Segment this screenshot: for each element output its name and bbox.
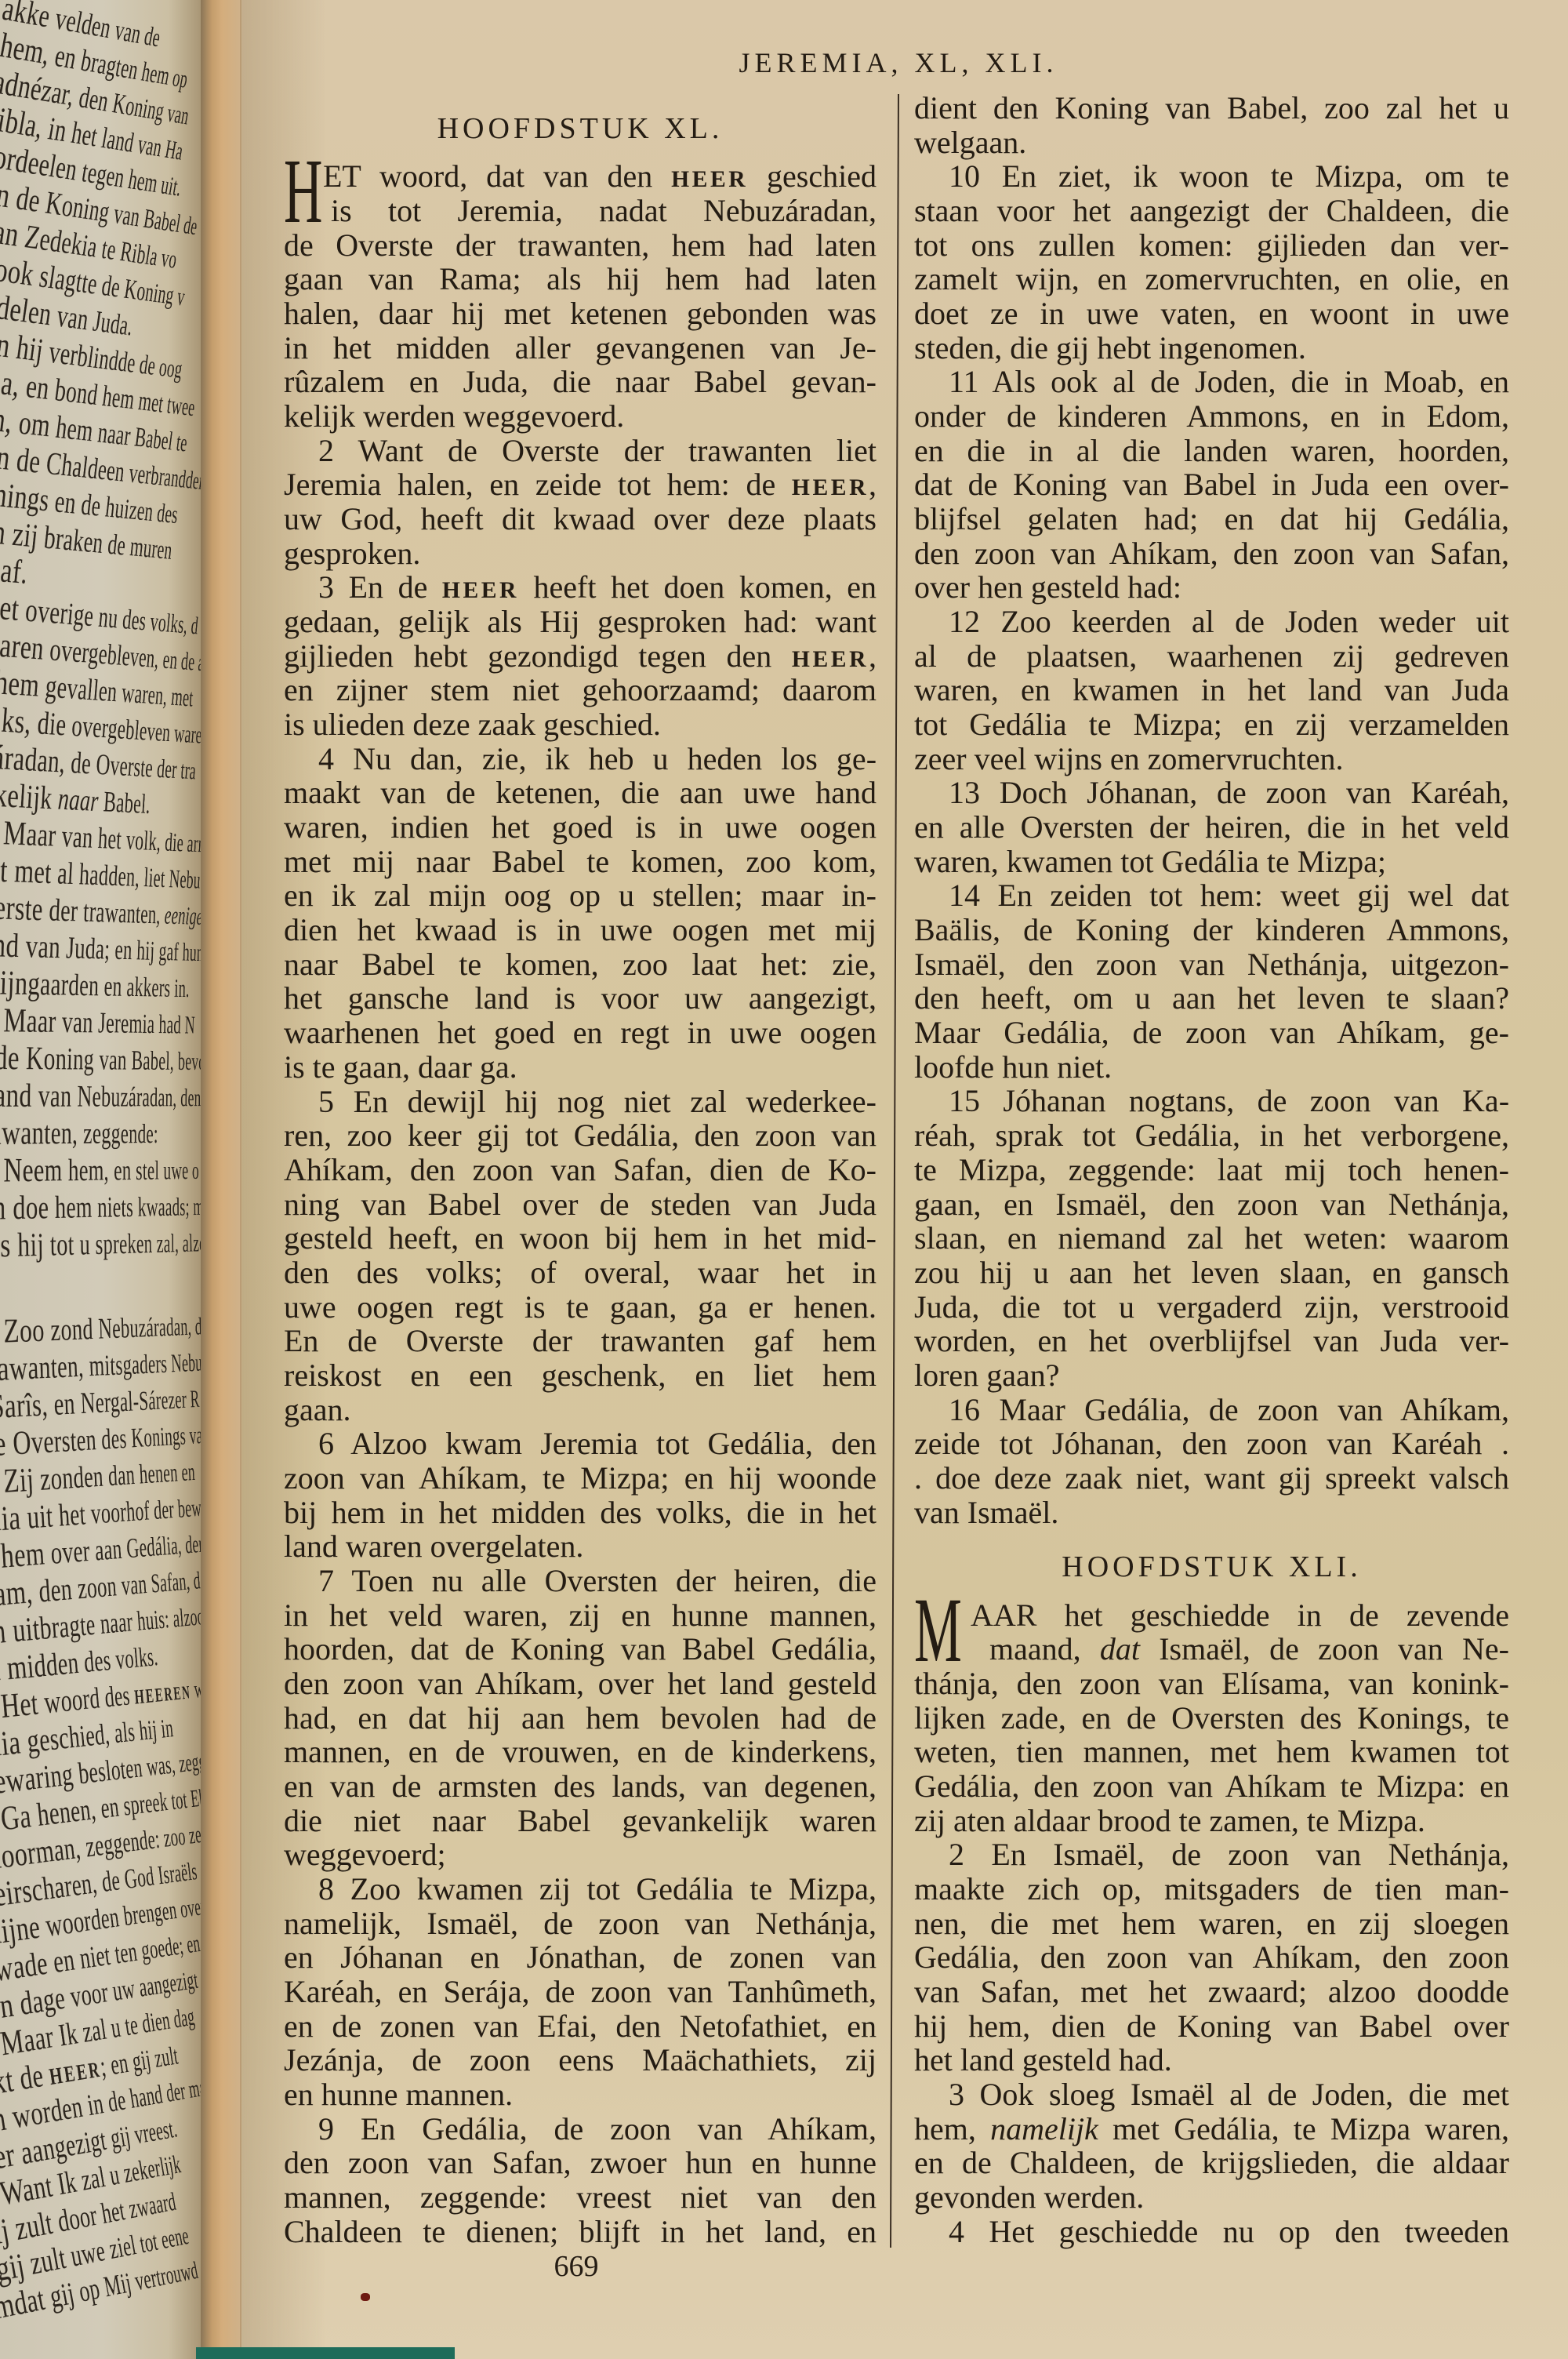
verse-start-line: 3 En de HEER heeft het doen komen, en	[284, 570, 877, 605]
line-text: En dewijl hij nog niet zal wederkee-	[354, 1084, 877, 1119]
text-line: den zoon van Safan, zwoer hun en hunne	[284, 2146, 877, 2180]
line-text: den zoon van Ahíkam, den zoon van Safan,	[914, 536, 1509, 571]
text-line: hoorden, dat de Koning van Babel Gedália…	[284, 1632, 877, 1667]
line-text: en ik zal mijn oog op u stellen; maar in…	[284, 878, 877, 913]
text-line: blijfsel gelaten had; en dat hij Gedália…	[914, 502, 1509, 536]
line-text: kelijk werden weggevoerd.	[284, 398, 624, 434]
line-text: wijngaarden en akkers in.	[0, 961, 190, 1002]
text-line: die niet naar Babel gevankelijk waren	[284, 1804, 877, 1838]
line-text: and van Juda; en hij gaf hun	[0, 924, 204, 966]
text-line: Gedália, den zoon van Ahíkam, den zoon	[914, 1940, 1509, 1975]
facing-text-line: Maar van Jeremia had N	[0, 1001, 195, 1038]
verse-number: 6	[318, 1426, 334, 1461]
line-text: nkelijk	[0, 773, 60, 816]
line-text: Alzoo kwam Jeremia tot Gedália, den	[350, 1426, 877, 1461]
verse-start-line: 3 Ook sloeg Ismaël al de Joden, die met	[914, 2077, 1509, 2112]
text-line: gijlieden hebt gezondigd tegen den HEER,	[284, 639, 877, 674]
line-text: doet ze in uwe vaten, en woont in uwe	[914, 296, 1509, 331]
divine-name-smallcaps: HEER	[671, 167, 748, 192]
line-text: en hunne mannen.	[284, 2077, 513, 2112]
line-text: hoorden, dat de Koning van Babel Gedália…	[284, 1631, 877, 1667]
text-line: van Safan, met het zwaard; alzoo doodde	[914, 1975, 1509, 2009]
line-text: namelijk, Ismaël, de zoon van Nethánja,	[284, 1906, 877, 1941]
italic-text: naar	[57, 780, 100, 817]
line-text: En de	[349, 569, 442, 605]
line-text: worden, en het overblijfsel van Juda ver…	[914, 1323, 1509, 1358]
verse-number: 14	[949, 878, 980, 913]
verse-start-line: 8 Zoo kwamen zij tot Gedália te Mizpa,	[284, 1872, 877, 1906]
line-text: maakt van de ketenen, die aan uwe hand	[284, 775, 877, 810]
line-text: en zijner stem niet gehoorzaamd; daarom	[284, 672, 877, 707]
line-text: blijfsel gelaten had; en dat hij Gedália…	[914, 501, 1509, 536]
line-text: thánja, den zoon van Elísama, van konink…	[914, 1666, 1509, 1701]
line-text: Doch Jóhanan, de zoon van Karéah,	[1000, 775, 1509, 810]
line-text: in het midden aller gevangenen van Je-	[284, 330, 877, 365]
line-text: ren, zoo keer gij tot Gedália, den zoon …	[284, 1118, 877, 1153]
text-line: en alle Oversten der heiren, die in het …	[914, 810, 1509, 845]
line-text: verste der trawanten,	[0, 886, 165, 929]
text-line: steden, die gij hebt ingenomen.	[914, 331, 1509, 365]
book-gutter-page-edges	[201, 0, 241, 2359]
text-line: zij aten aldaar brood te zamen, te Mizpa…	[914, 1804, 1509, 1838]
verse-number: 4	[318, 741, 334, 776]
line-text: Maar Gedália, de zoon van Ahíkam, ge-	[914, 1015, 1509, 1050]
verse-number: 10	[949, 158, 980, 194]
facing-text-line: , de Koning van Babel, bevo	[0, 1038, 205, 1076]
line-text: Zoo keerden al de Joden weder uit	[1000, 604, 1509, 639]
line-text: heeft het doen komen, en	[519, 569, 877, 605]
ink-stain	[361, 2293, 370, 2301]
line-text: trawanten, mitsgaders Nebu	[0, 1348, 202, 1389]
line-text: en die in al die landen waren, hoorden,	[914, 433, 1509, 468]
line-text: van Ismaël.	[914, 1495, 1058, 1530]
line-text: halen, daar hij met ketenen gebonden was	[284, 296, 877, 331]
divine-name-smallcaps: HEEREN	[133, 1682, 191, 1709]
text-line: de Overste der trawanten, hem had laten	[284, 228, 877, 263]
verse-start-line: 16 Maar Gedália, de zoon van Ahíkam,	[914, 1393, 1509, 1427]
text-line: HET woord, dat van den HEER geschied	[284, 159, 877, 194]
line-text: Toen nu alle Oversten der heiren, die	[351, 1563, 877, 1598]
line-text: en doe hem niets kwaads; m	[0, 1187, 204, 1227]
line-text: uwe oogen regt is te gaan, ga er henen.	[284, 1289, 877, 1325]
text-line: lijken zade, en de Oversten des Konings,…	[914, 1701, 1509, 1736]
line-text: steden, die gij hebt ingenomen.	[914, 330, 1306, 365]
text-line: en Jóhanan en Jónathan, de zonen van	[284, 1940, 877, 1975]
line-text: Want de Overste der trawanten liet	[358, 433, 877, 468]
text-line: en de Chaldeen, de krijgslieden, die ald…	[914, 2146, 1509, 2180]
text-line: hem, namelijk met Gedália, te Mizpa ware…	[914, 2112, 1509, 2146]
text-column-left: HOOFDSTUK XL.HET woord, dat van den HEER…	[284, 91, 877, 2248]
text-line: van Ismaël.	[914, 1496, 1509, 1530]
line-text: gaan.	[284, 1392, 351, 1427]
line-text: gesteld heeft, en woon bij hem in het mi…	[284, 1220, 877, 1256]
line-text: ning van Babel over de steden van Juda	[284, 1187, 877, 1222]
text-column-right: dient den Koning van Babel, zoo zal het …	[914, 91, 1509, 2248]
line-text: mannen, en de vrouwen, en de kinderkens,	[284, 1734, 877, 1769]
text-line: En de Overste der trawanten gaf hem	[284, 1324, 877, 1358]
text-line: met mij naar Babel te komen, zoo kom,	[284, 845, 877, 879]
text-line: den heeft, om u aan het leven te slaan?	[914, 981, 1509, 1016]
text-line: en van de armsten des lands, van degenen…	[284, 1769, 877, 1804]
line-text: En Ismaël, de zoon van Nethánja,	[991, 1837, 1509, 1872]
text-line: zeer veel wijns en zomervruchten.	[914, 742, 1509, 776]
chapter-heading: HOOFDSTUK XLI.	[914, 1529, 1509, 1598]
text-line: en die in al die landen waren, hoorden,	[914, 434, 1509, 468]
facing-text-line: and van Juda; en hij gaf hun	[0, 925, 204, 965]
text-line: is tot Jeremia, nadat Nebuzáradan,	[284, 194, 877, 228]
line-text: en de zonen van Efai, den Netofathiet, e…	[284, 2008, 877, 2044]
verse-start-line: 4 Nu dan, zie, ik heb u heden los ge-	[284, 742, 877, 776]
verse-start-line: 4 Het geschiedde nu op den tweeden	[914, 2215, 1509, 2249]
text-line: hij hem, dien de Koning van Babel over	[914, 2009, 1509, 2044]
line-text: gesproken.	[284, 536, 420, 571]
line-text: hem,	[914, 2111, 990, 2146]
verse-number: 13	[949, 775, 980, 810]
text-line: namelijk, Ismaël, de zoon van Nethánja,	[284, 1906, 877, 1941]
line-text: lijken zade, en de Oversten des Konings,…	[914, 1700, 1509, 1736]
line-text: Neem hem, en stel uwe o	[3, 1150, 198, 1189]
text-line: MAAR het geschiedde in de zevende	[914, 1598, 1509, 1633]
line-text: ET woord, dat van den	[323, 158, 671, 194]
line-text: ; en gij zult	[98, 2041, 180, 2082]
text-line: gevonden werden.	[914, 2180, 1509, 2215]
text-line: het land gesteld had.	[914, 2043, 1509, 2077]
text-line: maand, dat Ismaël, de zoon van Ne-	[914, 1632, 1509, 1667]
text-line: land waren overgelaten.	[284, 1529, 877, 1564]
text-line: welgaan.	[914, 125, 1509, 160]
text-line: Gedália, den zoon van Ahíkam te Mizpa: e…	[914, 1769, 1509, 1804]
line-text: staan voor het aangezigt der Chaldeen, d…	[914, 193, 1509, 228]
text-line: in het midden aller gevangenen van Je-	[284, 331, 877, 365]
book-cover-edge	[196, 2347, 455, 2359]
verse-number: 16	[949, 1392, 980, 1427]
text-line: zoon van Ahíkam, te Mizpa; en hij woonde	[284, 1461, 877, 1496]
line-text: Nu dan, zie, ik heb u heden los ge-	[353, 741, 877, 776]
verse-start-line: 5 En dewijl hij nog niet zal wederkee-	[284, 1085, 877, 1119]
text-line: Ismaël, den zoon van Nethánja, uitgezon-	[914, 947, 1509, 982]
text-line: tot ons zullen komen: gijlieden dan ver-	[914, 228, 1509, 263]
running-head: JEREMIA, XL, XLI.	[690, 45, 1107, 80]
text-line: en ik zal mijn oog op u stellen; maar in…	[284, 878, 877, 913]
text-line: Juda, die tot u vergaderd zijn, verstroo…	[914, 1290, 1509, 1325]
verse-start-line: 10 En ziet, ik woon te Mizpa, om te	[914, 159, 1509, 194]
verse-number: 12	[949, 604, 980, 639]
line-text: gijlieden hebt gezondigd tegen den	[284, 638, 792, 674]
verse-number: 7	[318, 1563, 334, 1598]
text-line: réah, sprak tot Gedália, in het verborge…	[914, 1118, 1509, 1153]
facing-text-line: trawanten, mitsgaders Nebu	[0, 1350, 202, 1388]
line-text: den zoon van Safan, zwoer hun en hunne	[284, 2145, 877, 2180]
line-text: met Gedália, te Mizpa waren,	[1098, 2111, 1509, 2146]
text-line: het gansche land is voor uw aangezigt,	[284, 981, 877, 1016]
line-text: Als ook al de Joden, die in Moab, en	[992, 364, 1509, 399]
text-line: en de zonen van Efai, den Netofathiet, e…	[284, 2009, 877, 2044]
facing-text-line: verste der trawanten, eenigen	[0, 888, 205, 929]
text-line: den des volks; of overal, waar het in	[284, 1256, 877, 1290]
line-text: tot Gedália te Mizpa; en zij verzamelden	[914, 707, 1509, 742]
text-line: zeide tot Jóhanan, den zoon van Karéah .	[914, 1427, 1509, 1461]
line-text: de Overste der trawanten, hem had laten	[284, 227, 877, 263]
text-line: Jeremia halen, en zeide tot hem: de HEER…	[284, 467, 877, 502]
line-text: al de plaatsen, waarhenen zij gedreven	[914, 638, 1509, 674]
facing-text-line: iet met al hadden, liet Nebu	[0, 850, 201, 893]
line-text: den zoon van Ahíkam, over het land geste…	[284, 1666, 877, 1701]
line-text: met mij naar Babel te komen, zoo kom,	[284, 844, 877, 879]
text-line: gesproken.	[284, 536, 877, 571]
line-text: Ismaël, de zoon van Ne-	[1140, 1631, 1509, 1667]
line-text: land waren overgelaten.	[284, 1528, 583, 1564]
text-line: dien het kwaad is in uwe oogen met mij	[284, 913, 877, 947]
text-line: had, en dat hij aan hem bevolen had de	[284, 1701, 877, 1736]
line-text: het gansche land is voor uw aangezigt,	[284, 980, 877, 1016]
text-line: maakte zich op, mitsgaders de tien man-	[914, 1872, 1509, 1906]
text-line: gedaan, gelijk als Hij gesproken had: wa…	[284, 605, 877, 639]
line-text: den heeft, om u aan het leven te slaan?	[914, 980, 1509, 1016]
line-text: gaan van Rama; als hij hem had laten	[284, 261, 877, 296]
text-line: waarhenen het goed en regt in uwe oogen	[284, 1016, 877, 1050]
text-line: Karéah, en Serája, de zoon van Tanhûmeth…	[284, 1975, 877, 2009]
verse-number: 4	[949, 2214, 964, 2249]
text-line: ren, zoo keer gij tot Gedália, den zoon …	[284, 1118, 877, 1153]
facing-text-line: rawanten, zeggende:	[0, 1114, 158, 1151]
line-text: zeide tot Jóhanan, den zoon van Karéah .	[914, 1426, 1509, 1461]
text-line: te Mizpa, zeggende: laat mij toch henen-	[914, 1153, 1509, 1187]
line-text: Ook sloeg Ismaël al de Joden, die met	[980, 2077, 1509, 2112]
text-line: rûzalem en Juda, die naar Babel gevan-	[284, 365, 877, 399]
text-line: onder de kinderen Ammons, en in Edom,	[914, 399, 1509, 434]
italic-text: namelijk	[990, 2111, 1098, 2146]
line-text: Jezánja, de zoon eens Maächathiets, zij	[284, 2042, 877, 2077]
line-text: den des volks; of overal, waar het in	[284, 1255, 877, 1290]
text-line: worden, en het overblijfsel van Juda ver…	[914, 1324, 1509, 1358]
line-text: naar Babel te komen, zoo laat het: zie,	[284, 947, 877, 982]
line-text: en alle Oversten der heiren, die in het …	[914, 809, 1509, 845]
line-text: En Gedália, de zoon van Ahíkam,	[361, 2111, 877, 2146]
line-text: over hen gesteld had:	[914, 569, 1181, 605]
line-text: Jóhanan nogtans, de zoon van Ka-	[1003, 1083, 1509, 1118]
text-line: maakt van de ketenen, die aan uwe hand	[284, 776, 877, 810]
verse-number: 2	[318, 433, 334, 468]
line-text: gevonden werden.	[914, 2179, 1144, 2215]
verse-start-line: 12 Zoo keerden al de Joden weder uit	[914, 605, 1509, 639]
book-page-photo: akke velden van den hem, en bragten hem …	[0, 0, 1568, 2359]
line-text: die niet naar Babel gevankelijk waren	[284, 1803, 877, 1838]
facing-text-line: hand van Nebuzáradan, den	[0, 1076, 201, 1114]
line-text: en van de armsten des lands, van degenen…	[284, 1768, 877, 1804]
line-text: zamelt wijn, en zomervruchten, en olie, …	[914, 261, 1509, 296]
line-text: waren, en kwamen in het land van Juda	[914, 672, 1509, 707]
line-text: Zij zonden dan henen en	[2, 1457, 195, 1499]
verse-number: 9	[318, 2111, 334, 2146]
verse-start-line: 13 Doch Jóhanan, de zoon van Karéah,	[914, 776, 1509, 810]
line-text: hand van Nebuzáradan, den	[0, 1074, 201, 1114]
text-line: waren, indien het goed is in uwe oogen	[284, 810, 877, 845]
italic-text: dat	[1100, 1631, 1140, 1667]
line-text: maand,	[989, 1631, 1100, 1667]
line-text: Maar Gedália, de zoon van Ahíkam,	[999, 1392, 1509, 1427]
text-line: loren gaan?	[914, 1358, 1509, 1393]
verse-start-line: 2 En Ismaël, de zoon van Nethánja,	[914, 1837, 1509, 1872]
line-text: AAR het geschiedde in de zevende	[971, 1598, 1509, 1633]
verse-start-line: 2 Want de Overste der trawanten liet	[284, 434, 877, 468]
text-line: gaan.	[284, 1393, 877, 1427]
line-text: zeer veel wijns en zomervruchten.	[914, 741, 1344, 776]
line-text: -Sarîs, en Nergal-Sárezer R	[0, 1385, 200, 1427]
line-text: En ziet, ik woon te Mizpa, om te	[1002, 158, 1509, 194]
text-line: over hen gesteld had:	[914, 570, 1509, 605]
line-text: reiskost en een geschenk, en liet hem	[284, 1358, 877, 1393]
text-line: thánja, den zoon van Elísama, van konink…	[914, 1667, 1509, 1701]
text-line: Jezánja, de zoon eens Maächathiets, zij	[284, 2043, 877, 2077]
text-line: waren, kwamen tot Gedália te Mizpa;	[914, 845, 1509, 879]
line-text: gaan, en Ismaël, den zoon van Nethánja,	[914, 1187, 1509, 1222]
verse-number: 3	[949, 2077, 964, 2112]
line-text: het land gesteld had.	[914, 2042, 1172, 2077]
text-line: gaan, en Ismaël, den zoon van Nethánja,	[914, 1187, 1509, 1222]
text-line: naar Babel te komen, zoo laat het: zie,	[284, 947, 877, 982]
divine-name-smallcaps: HEER	[48, 2058, 103, 2091]
line-text: gedaan, gelijk als Hij gesproken had: wa…	[284, 604, 877, 639]
line-text: ,	[869, 467, 877, 502]
line-text: Maar van het volk, die arm	[2, 813, 205, 858]
facing-text-line: Zoo zond Nebuzáradan, de	[0, 1313, 205, 1350]
line-text: is tot Jeremia, nadat Nebuzáradan,	[331, 193, 877, 228]
text-line: en hunne mannen.	[284, 2077, 877, 2112]
text-line: weten, tien mannen, met hem kwamen tot	[914, 1735, 1509, 1769]
line-text: Jeremia halen, en zeide tot hem: de	[284, 467, 792, 502]
line-text: weten, tien mannen, met hem kwamen tot	[914, 1734, 1509, 1769]
line-text: Chaldeen te dienen; blijft in het land, …	[284, 2214, 877, 2249]
line-text: mannen, zeggende: vreest niet van den	[284, 2179, 877, 2215]
line-text: en de Chaldeen, de krijgslieden, die ald…	[914, 2145, 1509, 2180]
text-line: uwe oogen regt is te gaan, ga er henen.	[284, 1290, 877, 1325]
line-text: rûzalem en Juda, die naar Babel gevan-	[284, 364, 877, 399]
text-line: . doe deze zaak niet, want gij spreekt v…	[914, 1461, 1509, 1496]
line-text: loofde hun niet.	[914, 1049, 1112, 1085]
verse-start-line: 9 En Gedália, de zoon van Ahíkam,	[284, 2112, 877, 2146]
line-text: dat de Koning van Babel in Juda een over…	[914, 467, 1509, 502]
divine-name-smallcaps: HEER	[792, 475, 869, 500]
text-line: Baälis, de Koning der kinderen Ammons,	[914, 913, 1509, 947]
line-text: Karéah, en Serája, de zoon van Tanhûmeth…	[284, 1974, 877, 2009]
line-text: uw God, heeft dit kwaad over deze plaats	[284, 501, 877, 536]
line-text: geschied	[748, 158, 877, 194]
text-line: loofde hun niet.	[914, 1050, 1509, 1085]
verse-start-line: 6 Alzoo kwam Jeremia tot Gedália, den	[284, 1427, 877, 1461]
line-text: Gedália, den zoon van Ahíkam te Mizpa: e…	[914, 1768, 1509, 1804]
line-text: waren, indien het goed is in uwe oogen	[284, 809, 877, 845]
divine-name-smallcaps: HEER	[442, 578, 519, 603]
line-text: is ulieden deze zaak geschied.	[284, 707, 661, 742]
facing-text-line: wijngaarden en akkers in.	[0, 963, 190, 1001]
facing-text-line: n af.	[0, 549, 30, 590]
line-text: dient den Koning van Babel, zoo zal het …	[914, 90, 1509, 125]
text-line: bij hem in het midden des volks, die in …	[284, 1496, 877, 1530]
line-text: En zeiden tot hem: weet gij wel dat	[997, 878, 1509, 913]
text-line: slaan, en niemand zal het weten: waarom	[914, 1221, 1509, 1256]
text-line: den zoon van Ahíkam, den zoon van Safan,	[914, 536, 1509, 571]
line-text: nen, die met hem waren, en zij sloegen	[914, 1906, 1509, 1941]
facing-text-line: als hij tot u spreken zal, alzoo	[0, 1227, 205, 1264]
text-line: tot Gedália te Mizpa; en zij verzamelden	[914, 707, 1509, 742]
text-line: Maar Gedália, de zoon van Ahíkam, ge-	[914, 1016, 1509, 1050]
italic-text: eenigen	[164, 900, 205, 929]
text-line: is te gaan, daar ga.	[284, 1050, 877, 1085]
text-line: doet ze in uwe vaten, en woont in uwe	[914, 296, 1509, 331]
line-text: weggevoerd;	[284, 1837, 446, 1872]
verse-start-line: 7 Toen nu alle Oversten der heiren, die	[284, 1564, 877, 1598]
facing-text-line: Maar van het volk, die arm	[0, 812, 205, 857]
verse-number: 8	[318, 1871, 334, 1906]
text-line: ning van Babel over de steden van Juda	[284, 1187, 877, 1222]
line-text: zoon van Ahíkam, te Mizpa; en hij woonde	[284, 1460, 877, 1496]
verse-number: 15	[949, 1083, 980, 1118]
facing-page-curved: akke velden van den hem, en bragten hem …	[0, 0, 205, 2359]
verse-start-line: 14 En zeiden tot hem: weet gij wel dat	[914, 878, 1509, 913]
text-line: zamelt wijn, en zomervruchten, en olie, …	[914, 262, 1509, 296]
line-text: Ahíkam, den zoon van Safan, dien de Ko-	[284, 1152, 877, 1187]
line-text: maakte zich op, mitsgaders de tien man-	[914, 1871, 1509, 1906]
line-text: tot ons zullen komen: gijlieden dan ver-	[914, 227, 1509, 263]
text-line: nen, die met hem waren, en zij sloegen	[914, 1906, 1509, 1941]
text-line: reiskost en een geschenk, en liet hem	[284, 1358, 877, 1393]
verse-start-line: 11 Als ook al de Joden, die in Moab, en	[914, 365, 1509, 399]
divine-name-smallcaps: HEER	[792, 647, 869, 672]
line-text: , de Koning van Babel, bevo	[0, 1037, 205, 1077]
verse-number: 11	[949, 364, 979, 399]
line-text: waarhenen het goed en regt in uwe oogen	[284, 1015, 877, 1050]
text-line: is ulieden deze zaak geschied.	[284, 707, 877, 742]
line-text: had, en dat hij aan hem bevolen had de	[284, 1700, 877, 1736]
verse-start-line: 15 Jóhanan nogtans, de zoon van Ka-	[914, 1084, 1509, 1118]
line-text: te Mizpa, zeggende: laat mij toch henen-	[914, 1152, 1509, 1187]
line-text: onder de kinderen Ammons, en in Edom,	[914, 398, 1509, 434]
line-text: hij hem, dien de Koning van Babel over	[914, 2008, 1509, 2044]
line-text: ,	[869, 638, 877, 674]
text-line: kelijk werden weggevoerd.	[284, 399, 877, 434]
line-text: Zoo zond Nebuzáradan, de	[3, 1311, 205, 1350]
text-line: uw God, heeft dit kwaad over deze plaats	[284, 502, 877, 536]
line-text: als hij tot u spreken zal, alzoo	[0, 1225, 205, 1265]
page-number: 669	[502, 2249, 651, 2284]
facing-text-line: -Sarîs, en Nergal-Sárezer R	[0, 1386, 200, 1426]
line-text: Het geschiedde nu op den tweeden	[989, 2214, 1509, 2249]
verse-number: 2	[949, 1837, 964, 1872]
chapter-heading: HOOFDSTUK XL.	[284, 91, 877, 159]
text-line: mannen, en de vrouwen, en de kinderkens,	[284, 1735, 877, 1769]
text-line: Chaldeen te dienen; blijft in het land, …	[284, 2215, 877, 2249]
line-text: van Safan, met het zwaard; alzoo doodde	[914, 1974, 1509, 2009]
line-text: en Jóhanan en Jónathan, de zonen van	[284, 1939, 877, 1975]
verse-number: 5	[318, 1084, 334, 1119]
text-line: in het veld waren, zij en hunne mannen,	[284, 1598, 877, 1633]
line-text: dien het kwaad is in uwe oogen met mij	[284, 912, 877, 947]
text-line: dient den Koning van Babel, zoo zal het …	[914, 91, 1509, 125]
line-text: is te gaan, daar ga.	[284, 1049, 517, 1085]
text-line: zou hij u aan het leven slaan, en gansch	[914, 1256, 1509, 1290]
text-line: Ahíkam, den zoon van Safan, dien de Ko-	[284, 1153, 877, 1187]
text-line: den zoon van Ahíkam, over het land geste…	[284, 1667, 877, 1701]
line-text: zij aten aldaar brood te zamen, te Mizpa…	[914, 1803, 1425, 1838]
line-text: réah, sprak tot Gedália, in het verborge…	[914, 1118, 1509, 1153]
facing-text-line: en doe hem niets kwaads; m	[0, 1189, 204, 1227]
line-text: zou hij u aan het leven slaan, en gansch	[914, 1255, 1509, 1290]
line-text: loren gaan?	[914, 1358, 1059, 1393]
line-text: welgaan.	[914, 125, 1026, 160]
line-text: Zoo kwamen zij tot Gedália te Mizpa,	[350, 1871, 877, 1906]
line-text: En de Overste der trawanten gaf hem	[284, 1323, 877, 1358]
line-text: slaan, en niemand zal het weten: waarom	[914, 1220, 1509, 1256]
